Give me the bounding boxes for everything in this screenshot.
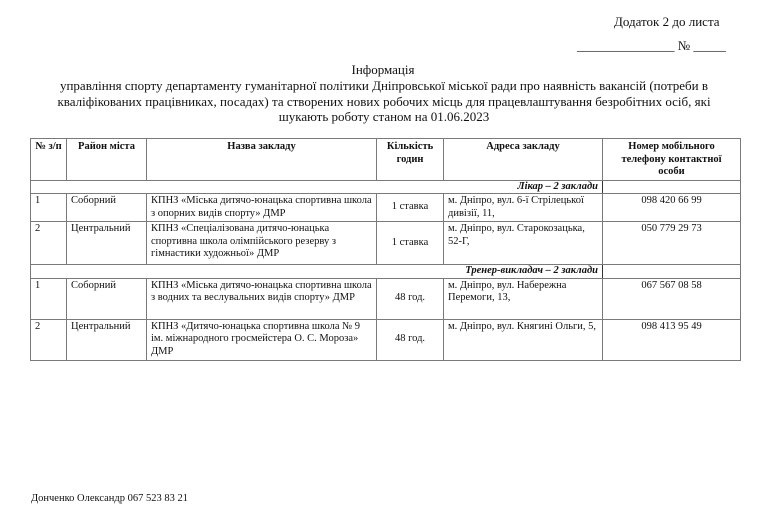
cell-hours: 1 ставка: [377, 222, 444, 265]
cell-num: 2: [31, 222, 67, 265]
cell-phone: 050 779 29 73: [603, 222, 741, 265]
cell-phone: 098 413 95 49: [603, 319, 741, 360]
column-header-phone: Номер мобільного телефону контактної осо…: [603, 139, 741, 181]
cell-hours: 48 год.: [377, 319, 444, 360]
cell-name: КПНЗ «Міська дитячо-юнацька спортивна шк…: [147, 278, 377, 319]
table-header-row: № з/п Район міста Назва закладу Кількіст…: [31, 139, 741, 181]
cell-num: 1: [31, 194, 67, 222]
cell-address: м. Дніпро, вул. Старокозацька, 52-Г,: [444, 222, 603, 265]
cell-phone: 067 567 08 58: [603, 278, 741, 319]
group-empty-cell: [603, 180, 741, 194]
cell-district: Соборний: [67, 278, 147, 319]
cell-district: Центральний: [67, 319, 147, 360]
cell-address: м. Дніпро, вул. Набережна Перемоги, 13,: [444, 278, 603, 319]
column-header-name: Назва закладу: [147, 139, 377, 181]
cell-name: КПНЗ «Спеціалізована дитячо-юнацька спор…: [147, 222, 377, 265]
group-label: Тренер-викладач – 2 заклади: [31, 265, 603, 279]
appendix-label: Додаток 2 до листа: [614, 14, 720, 30]
column-header-num: № з/п: [31, 139, 67, 181]
cell-name: КПНЗ «Дитячо-юнацька спортивна школа № 9…: [147, 319, 377, 360]
cell-num: 2: [31, 319, 67, 360]
cell-name: КПНЗ «Міська дитячо-юнацька спортивна шк…: [147, 194, 377, 222]
table-row: 1 Соборний КПНЗ «Міська дитячо-юнацька с…: [31, 278, 741, 319]
cell-hours: 1 ставка: [377, 194, 444, 222]
contact-person-footer: Донченко Олександр 067 523 83 21: [31, 492, 188, 505]
group-row: Лікар – 2 заклади: [31, 180, 741, 194]
vacancies-table: № з/п Район міста Назва закладу Кількіст…: [30, 138, 741, 361]
table-row: 1 Соборний КПНЗ «Міська дитячо-юнацька с…: [31, 194, 741, 222]
group-row: Тренер-викладач – 2 заклади: [31, 265, 741, 279]
document-title: Інформація: [0, 62, 766, 78]
group-label: Лікар – 2 заклади: [31, 180, 603, 194]
cell-district: Центральний: [67, 222, 147, 265]
cell-num: 1: [31, 278, 67, 319]
column-header-district: Район міста: [67, 139, 147, 181]
cell-address: м. Дніпро, вул. Княгині Ольги, 5,: [444, 319, 603, 360]
cell-hours: 48 год.: [377, 278, 444, 319]
cell-address: м. Дніпро, вул. 6-ї Стрілецької дивізії,…: [444, 194, 603, 222]
table-row: 2 Центральний КПНЗ «Спеціалізована дитяч…: [31, 222, 741, 265]
cell-district: Соборний: [67, 194, 147, 222]
group-empty-cell: [603, 265, 741, 279]
document-subtitle: управління спорту департаменту гуманітар…: [34, 78, 734, 125]
column-header-address: Адреса закладу: [444, 139, 603, 181]
cell-phone: 098 420 66 99: [603, 194, 741, 222]
column-header-hours: Кількість годин: [377, 139, 444, 181]
appendix-number-line: _______________ № _____: [577, 38, 726, 54]
table-row: 2 Центральний КПНЗ «Дитячо-юнацька спорт…: [31, 319, 741, 360]
